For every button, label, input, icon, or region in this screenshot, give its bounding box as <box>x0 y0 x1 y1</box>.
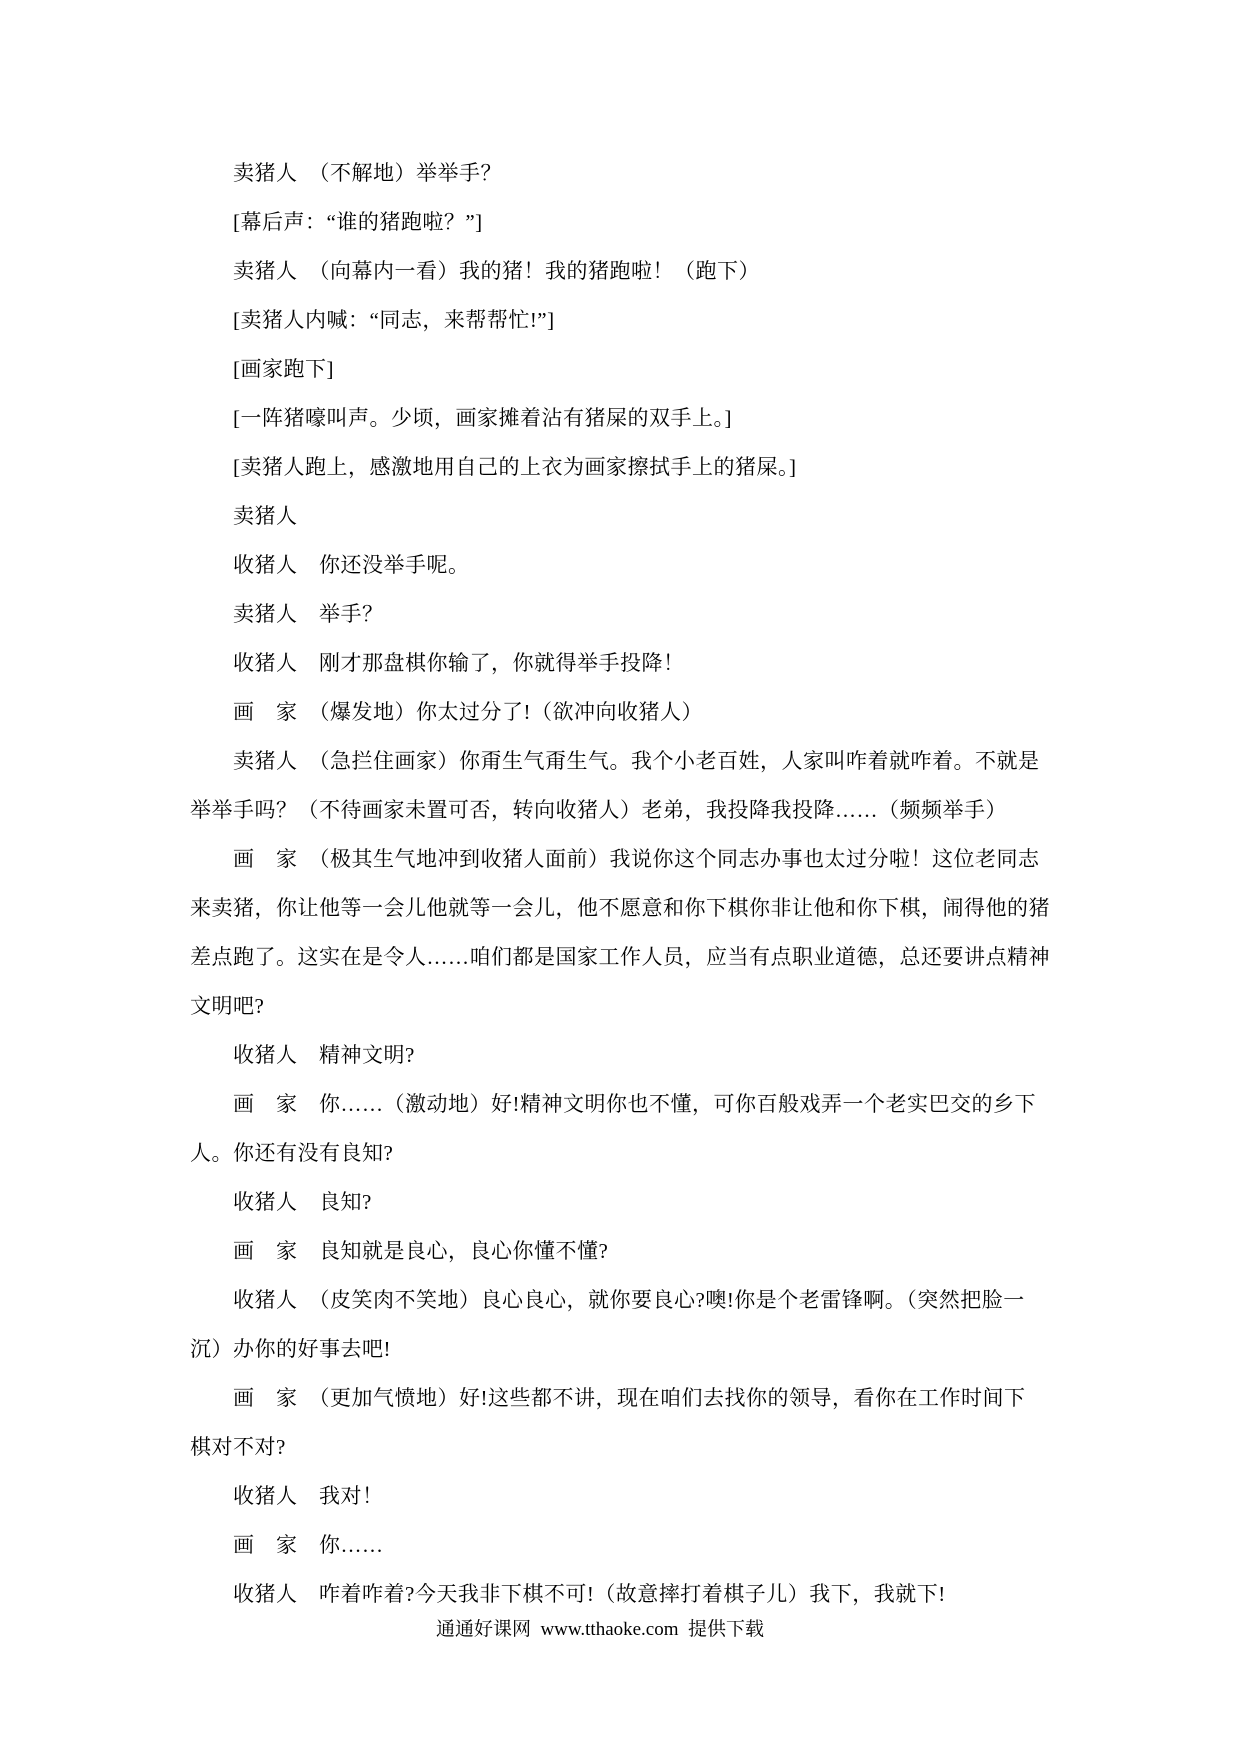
script-line: 收猪人 刚才那盘棋你输了，你就得举手投降！ <box>190 639 1070 688</box>
script-line: 卖猪人 举手？ <box>190 590 1070 639</box>
stage-direction-line: [画家跑下] <box>190 345 1070 394</box>
script-line-continuation: 沉）办你的好事去吧! <box>190 1325 1070 1374</box>
script-line: 画 家 你…… <box>190 1521 1070 1570</box>
stage-direction-line: [幕后声：“谁的猪跑啦？”] <box>190 198 1070 247</box>
script-line: 画 家 你……（激动地）好!精神文明你也不懂，可你百般戏弄一个老实巴交的乡下 <box>190 1080 1070 1129</box>
script-line-continuation: 举举手吗？（不待画家未置可否，转向收猪人）老弟，我投降我投降……（频频举手） <box>190 786 1070 835</box>
script-line: 收猪人 （皮笑肉不笑地）良心良心，就你要良心?噢!你是个老雷锋啊。（突然把脸一 <box>190 1276 1070 1325</box>
document-page: 卖猪人 （不解地）举举手？ [幕后声：“谁的猪跑啦？”] 卖猪人 （向幕内一看）… <box>0 0 1240 1754</box>
script-line: 收猪人 咋着咋着?今天我非下棋不可!（故意摔打着棋子儿）我下，我就下! <box>190 1570 1070 1619</box>
script-line-continuation: 人。你还有没有良知? <box>190 1129 1070 1178</box>
script-line: 卖猪人 （急拦住画家）你甭生气甭生气。我个小老百姓，人家叫咋着就咋着。不就是 <box>190 737 1070 786</box>
script-line-continuation: 棋对不对? <box>190 1423 1070 1472</box>
script-line: 画 家 （极其生气地冲到收猪人面前）我说你这个同志办事也太过分啦！这位老同志 <box>190 835 1070 884</box>
script-line: 收猪人 精神文明? <box>190 1031 1070 1080</box>
script-line-continuation: 文明吧? <box>190 982 1070 1031</box>
script-line: 收猪人 良知? <box>190 1178 1070 1227</box>
script-line: 收猪人 我对！ <box>190 1472 1070 1521</box>
stage-direction-line: [卖猪人内喊：“同志，来帮帮忙!”] <box>190 296 1070 345</box>
script-line: 画 家 （更加气愤地）好!这些都不讲，现在咱们去找你的领导，看你在工作时间下 <box>190 1374 1070 1423</box>
stage-direction-line: [卖猪人跑上，感激地用自己的上衣为画家擦拭手上的猪屎。] <box>190 443 1070 492</box>
script-text-block: 卖猪人 （不解地）举举手？ [幕后声：“谁的猪跑啦？”] 卖猪人 （向幕内一看）… <box>0 149 1240 1619</box>
script-line-continuation: 来卖猪，你让他等一会儿他就等一会儿，他不愿意和你下棋你非让他和你下棋，闹得他的猪 <box>190 884 1070 933</box>
script-line: 画 家 （爆发地）你太过分了!（欲冲向收猪人） <box>190 688 1070 737</box>
script-line: 卖猪人 （向幕内一看）我的猪！我的猪跑啦！（跑下） <box>190 247 1070 296</box>
script-line: 收猪人 你还没举手呢。 <box>190 541 1070 590</box>
stage-direction-line: [一阵猪嚎叫声。少顷，画家摊着沾有猪屎的双手上。] <box>190 394 1070 443</box>
script-line-continuation: 差点跑了。这实在是令人……咱们都是国家工作人员，应当有点职业道德，总还要讲点精神 <box>190 933 1070 982</box>
script-line: 卖猪人 （不解地）举举手？ <box>190 149 1070 198</box>
script-line: 卖猪人 <box>190 492 1070 541</box>
script-line: 画 家 良知就是良心，良心你懂不懂? <box>190 1227 1070 1276</box>
footer-watermark: 通通好课网 www.tthaoke.com 提供下载 <box>0 1617 1200 1643</box>
